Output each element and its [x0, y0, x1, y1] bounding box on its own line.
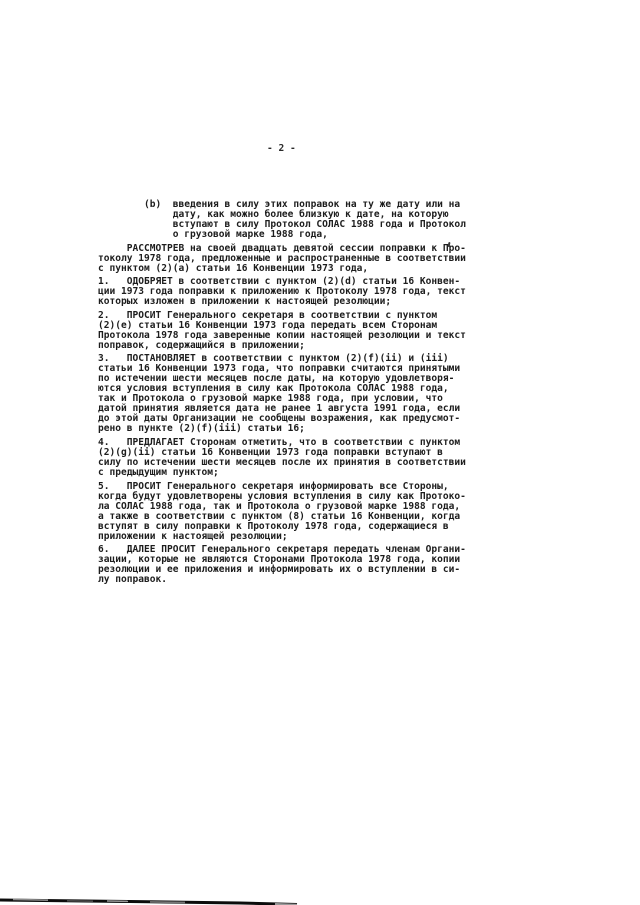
paragraph-item-b: (b) введения в силу этих поправок на ту …	[98, 200, 498, 240]
page-number: - 2 -	[267, 144, 296, 154]
paragraph-preamble: РАССМОТРЕВ на своей двадцать девятой сес…	[98, 244, 498, 274]
paragraph-operative-1: 1. ОДОБРЯЕТ в соответствии с пунктом (2)…	[98, 277, 498, 307]
paragraph-operative-2: 2. ПРОСИТ Генерального секретаря в соотв…	[98, 311, 498, 351]
scanned-document-page: - 2 - (b) введения в силу этих поправок …	[0, 0, 640, 905]
paragraph-operative-3: 3. ПОСТАНОВЛЯЕТ в соответствии с пунктом…	[98, 354, 498, 434]
paragraph-operative-5: 5. ПРОСИТ Генерального секретаря информи…	[98, 482, 498, 542]
paragraph-operative-4: 4. ПРЕДЛАГАЕТ Сторонам отметить, что в с…	[98, 438, 498, 478]
paragraph-operative-6: 6. ДАЛЕЕ ПРОСИТ Генерального секретаря п…	[98, 545, 498, 585]
document-text-block: (b) введения в силу этих поправок на ту …	[98, 200, 498, 589]
scan-artifact-line	[0, 892, 300, 905]
